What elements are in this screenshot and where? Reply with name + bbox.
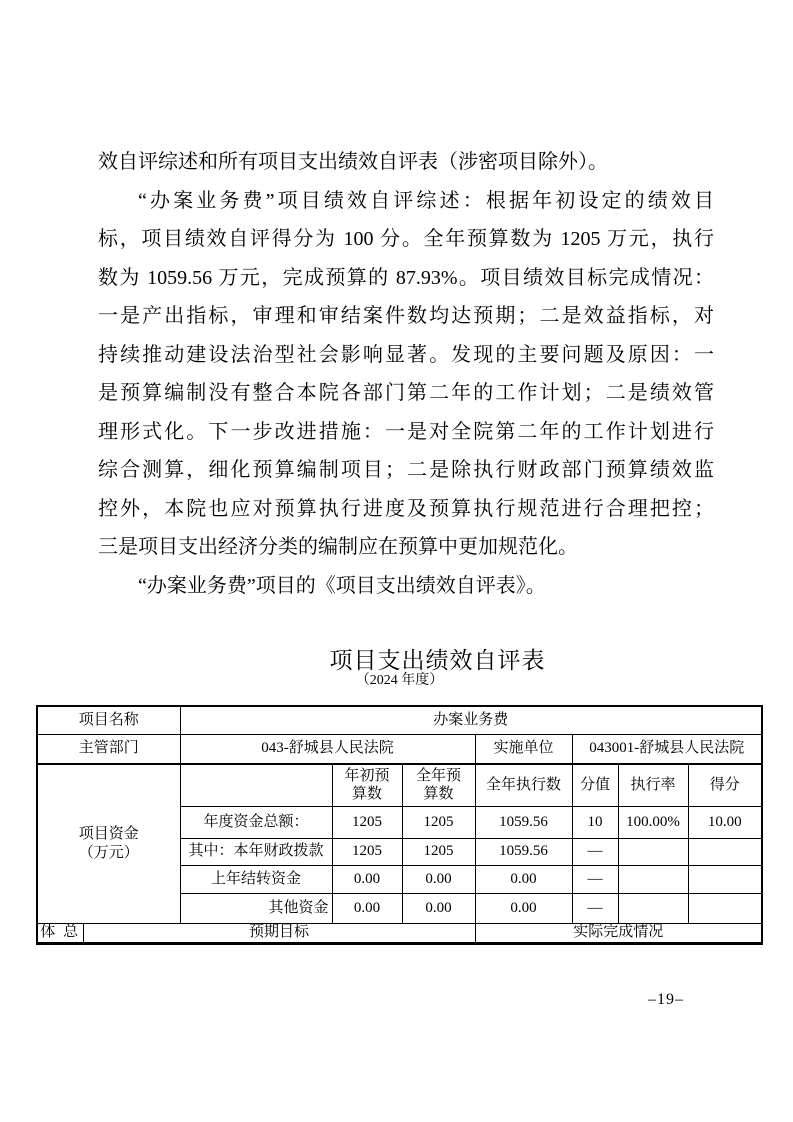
project-name-label: 项目名称: [37, 706, 180, 734]
funds-initial: 0.00: [332, 865, 402, 893]
body-line: “办案业务费”项目的《项目支出绩效自评表》。: [98, 567, 714, 606]
funds-weight: 10: [572, 806, 618, 838]
body-line: “办案业务费”项目绩效自评综述：根据年初设定的绩效目: [98, 182, 714, 221]
header-annual-budget: 全年预 算数: [402, 764, 475, 806]
funds-rate: [618, 865, 688, 893]
unit-label: 实施单位: [475, 734, 572, 764]
funds-score: [688, 893, 762, 923]
funds-row-label: 其中：本年财政拨款: [180, 838, 332, 865]
funds-initial: 1205: [332, 838, 402, 865]
funds-row-label: 其他资金: [180, 893, 332, 923]
dept-value: 043-舒城县人民法院: [180, 734, 475, 764]
body-line: 一是产出指标，审理和审结案件数均达预期；二是效益指标，对: [98, 297, 714, 336]
footer-actual-completion: 实际完成情况: [475, 923, 762, 943]
empty-cell: [180, 764, 332, 806]
body-line: 理形式化。下一步改进措施：一是对全院第二年的工作计划进行: [98, 413, 714, 452]
funds-weight: —: [572, 893, 618, 923]
footer-expected-goal: 预期目标: [83, 923, 475, 943]
body-line: 效自评综述和所有项目支出绩效自评表（涉密项目除外）。: [98, 143, 714, 182]
funds-initial: 0.00: [332, 893, 402, 923]
footer-side-label: 体 总: [37, 923, 83, 943]
header-score: 得分: [688, 764, 762, 806]
performance-self-evaluation-table: 项目名称 办案业务费 主管部门 043-舒城县人民法院 实施单位 043001-…: [36, 705, 763, 945]
table-subtitle: （2024 年度）: [37, 669, 762, 689]
funds-initial: 1205: [332, 806, 402, 838]
body-line: 持续推动建设法治型社会影响显著。发现的主要问题及原因：一: [98, 336, 714, 375]
funds-rate: [618, 893, 688, 923]
table-footer-row: 体 总 预期目标 实际完成情况: [37, 923, 762, 943]
body-line: 控外，本院也应对预算执行进度及预算执行规范进行合理把控；: [98, 490, 714, 529]
funds-annual: 0.00: [402, 865, 475, 893]
header-annual-executed: 全年执行数: [475, 764, 572, 806]
funds-executed: 0.00: [475, 865, 572, 893]
funds-rate: [618, 838, 688, 865]
funds-weight: —: [572, 838, 618, 865]
body-line: 综合测算，细化预算编制项目；二是除执行财政部门预算绩效监: [98, 451, 714, 490]
body-line: 是预算编制没有整合本院各部门第二年的工作计划；二是绩效管: [98, 374, 714, 413]
funds-score: [688, 838, 762, 865]
funds-annual: 1205: [402, 838, 475, 865]
table-row: 项目名称 办案业务费: [37, 706, 762, 734]
body-line: 三是项目支出经济分类的编制应在预算中更加规范化。: [98, 528, 714, 567]
funds-executed: 1059.56: [475, 838, 572, 865]
unit-value: 043001-舒城县人民法院: [572, 734, 762, 764]
header-weight: 分值: [572, 764, 618, 806]
body-line: 数为 1059.56 万元，完成预算的 87.93%。项目绩效目标完成情况：: [98, 259, 714, 298]
dept-label: 主管部门: [37, 734, 180, 764]
funds-row-label: 年度资金总额：: [180, 806, 332, 838]
funds-executed: 0.00: [475, 893, 572, 923]
funds-section-label: 项目资金 （万元）: [37, 764, 180, 923]
header-initial-budget: 年初预 算数: [332, 764, 402, 806]
funds-score: [688, 865, 762, 893]
header-execution-rate: 执行率: [618, 764, 688, 806]
project-name-value: 办案业务费: [180, 706, 762, 734]
page-number: –19–: [648, 991, 684, 1009]
table-row: 主管部门 043-舒城县人民法院 实施单位 043001-舒城县人民法院: [37, 734, 762, 764]
body-paragraphs: 效自评综述和所有项目支出绩效自评表（涉密项目除外）。 “办案业务费”项目绩效自评…: [98, 143, 714, 605]
funds-annual: 1205: [402, 806, 475, 838]
funds-annual: 0.00: [402, 893, 475, 923]
funds-executed: 1059.56: [475, 806, 572, 838]
funds-rate: 100.00%: [618, 806, 688, 838]
funds-row-label: 上年结转资金: [180, 865, 332, 893]
table-header-row: 项目资金 （万元） 年初预 算数 全年预 算数 全年执行数 分值 执行率 得分: [37, 764, 762, 806]
funds-score: 10.00: [688, 806, 762, 838]
body-line: 标，项目绩效自评得分为 100 分。全年预算数为 1205 万元，执行: [98, 220, 714, 259]
document-page: 效自评综述和所有项目支出绩效自评表（涉密项目除外）。 “办案业务费”项目绩效自评…: [0, 0, 793, 1122]
funds-weight: —: [572, 865, 618, 893]
